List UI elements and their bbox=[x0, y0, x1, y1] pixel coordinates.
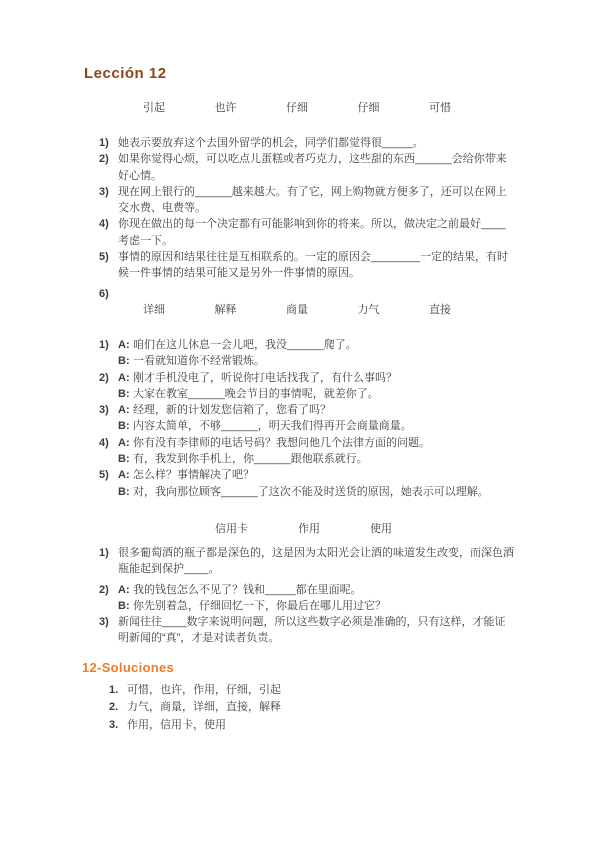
dialogue-text: 你先别着急，仔细回忆一下，你最后在哪儿用过它？ bbox=[133, 598, 515, 614]
item-number: 1. bbox=[109, 682, 127, 700]
dialogue-4: 4) A: 你有没有李律师的电话号码？我想问他几个法律方面的问题。 B: 有，我… bbox=[99, 435, 515, 468]
word-bank-1: 引起 也许 仔细 仔细 可惜 bbox=[143, 100, 451, 116]
exercise2-number-row: 6) bbox=[99, 286, 515, 302]
item-number: 4) bbox=[99, 435, 118, 468]
speaker-b-label: B: bbox=[118, 418, 133, 434]
speaker-a-label: A: bbox=[118, 435, 133, 451]
item-number: 3) bbox=[99, 184, 118, 217]
exercise1-item-2: 2) 如果你觉得心烦，可以吃点儿蛋糕或者巧克力，这些甜的东西______会给你带… bbox=[99, 151, 515, 184]
dialogue-text: 我的钱包怎么不见了？钱和_____都在里面呢。 bbox=[133, 582, 515, 598]
item-number: 2) bbox=[99, 370, 118, 403]
item-number: 5) bbox=[99, 249, 118, 282]
dialogue-line-b: B: 一看就知道你不经常锻炼。 bbox=[118, 353, 515, 369]
dialogue-line-a: A: 经理，新的计划发您信箱了，您看了吗？ bbox=[118, 402, 515, 418]
dialogue-5: 5) A: 怎么样？事情解决了吧？ B: 对，我向那位顾客______了这次不能… bbox=[99, 467, 515, 500]
item-text: 新闻往往____数字来说明问题，所以这些数字必须是准确的，只有这样，才能证明新闻… bbox=[118, 614, 515, 647]
item-number: 6) bbox=[99, 286, 118, 302]
dialogue-text: 刚才手机没电了，听说你打电话找我了，有什么事吗？ bbox=[133, 370, 515, 386]
word-bank-3: 信用卡 作用 使用 bbox=[215, 521, 392, 537]
item-text: 如果你觉得心烦，可以吃点儿蛋糕或者巧克力，这些甜的东西______会给你带来好心… bbox=[118, 151, 515, 184]
word-bank-2-word-5: 直接 bbox=[429, 302, 451, 318]
item-text: 现在网上银行的______越来越大。有了它，网上购物就方便多了，还可以在网上交水… bbox=[118, 184, 515, 217]
exercise1-item-4: 4) 你现在做出的每一个决定都有可能影响到你的将来。所以，做决定之前最好____… bbox=[99, 216, 515, 249]
item-number: 5) bbox=[99, 467, 118, 500]
solution-text: 作用，信用卡，使用 bbox=[127, 717, 515, 735]
item-number: 3. bbox=[109, 717, 127, 735]
speaker-b-label: B: bbox=[118, 353, 133, 369]
solution-text: 力气，商量，详细，直接，解释 bbox=[127, 699, 515, 717]
dialogue-1: 1) A: 咱们在这儿休息一会儿吧，我没______爬了。 B: 一看就知道你不… bbox=[99, 337, 515, 370]
dialogue-line-a: A: 你有没有李律师的电话号码？我想问他几个法律方面的问题。 bbox=[118, 435, 515, 451]
word-bank-2-word-2: 解释 bbox=[215, 302, 237, 318]
item-number: 1) bbox=[99, 545, 118, 578]
dialogue-2: 2) A: 刚才手机没电了，听说你打电话找我了，有什么事吗？ B: 大家在教室_… bbox=[99, 370, 515, 403]
exercise1-item-5: 5) 事情的原因和结果往往是互相联系的。一定的原因会________一定的结果，… bbox=[99, 249, 515, 282]
solution-text: 可惜，也许，作用，仔细，引起 bbox=[127, 682, 515, 700]
dialogue-line-b: B: 大家在教室______晚会节目的事情呢，就差你了。 bbox=[118, 386, 515, 402]
word-bank-1-word-5: 可惜 bbox=[429, 100, 451, 116]
dialogue-text: 一看就知道你不经常锻炼。 bbox=[133, 353, 515, 369]
item-number: 1) bbox=[99, 135, 118, 151]
item-number: 2. bbox=[109, 699, 127, 717]
exercise1-item-3: 3) 现在网上银行的______越来越大。有了它，网上购物就方便多了，还可以在网… bbox=[99, 184, 515, 217]
dialogue-line-a: A: 怎么样？事情解决了吧？ bbox=[118, 467, 515, 483]
speaker-a-label: A: bbox=[118, 582, 133, 598]
word-bank-2-word-1: 详细 bbox=[143, 302, 165, 318]
speaker-a-label: A: bbox=[118, 370, 133, 386]
item-text: 很多葡萄酒的瓶子都是深色的，这是因为太阳光会让酒的味道发生改变，而深色酒瓶能起到… bbox=[118, 545, 515, 578]
item-text: 她表示要放弃这个去国外留学的机会，同学们都觉得很_____。 bbox=[118, 135, 515, 151]
dialogue-text: 大家在教室______晚会节目的事情呢，就差你了。 bbox=[133, 386, 515, 402]
solutions-item-1: 1. 可惜，也许，作用，仔细，引起 bbox=[109, 682, 515, 700]
word-bank-2-word-4: 力气 bbox=[358, 302, 380, 318]
item-number: 4) bbox=[99, 216, 118, 249]
item-number: 3) bbox=[99, 402, 118, 435]
dialogue-text: 你有没有李律师的电话号码？我想问他几个法律方面的问题。 bbox=[133, 435, 515, 451]
dialogue-line-b: B: 内容太简单，不够______，明天我们得再开会商量商量。 bbox=[118, 418, 515, 434]
solutions-item-2: 2. 力气，商量，详细，直接，解释 bbox=[109, 699, 515, 717]
dialogue-line-a: A: 刚才手机没电了，听说你打电话找我了，有什么事吗？ bbox=[118, 370, 515, 386]
speaker-a-label: A: bbox=[118, 467, 133, 483]
dialogue-text: 经理，新的计划发您信箱了，您看了吗？ bbox=[133, 402, 515, 418]
exercise3-item-3: 3) 新闻往往____数字来说明问题，所以这些数字必须是准确的，只有这样，才能证… bbox=[99, 614, 515, 647]
speaker-a-label: A: bbox=[118, 402, 133, 418]
exercise1-item-1: 1) 她表示要放弃这个去国外留学的机会，同学们都觉得很_____。 bbox=[99, 135, 515, 151]
item-number: 1) bbox=[99, 337, 118, 370]
dialogue-text: 怎么样？事情解决了吧？ bbox=[133, 467, 515, 483]
dialogue-line-b: B: 对，我向那位顾客______了这次不能及时送货的原因，她表示可以理解。 bbox=[118, 484, 515, 500]
item-number: 2) bbox=[99, 151, 118, 184]
dialogue-text: 咱们在这儿休息一会儿吧，我没______爬了。 bbox=[133, 337, 515, 353]
lesson-title: Lección 12 bbox=[84, 64, 515, 84]
dialogue-line-a: A: 咱们在这儿休息一会儿吧，我没______爬了。 bbox=[118, 337, 515, 353]
word-bank-1-word-1: 引起 bbox=[143, 100, 165, 116]
item-text: 事情的原因和结果往往是互相联系的。一定的原因会________一定的结果，有时候… bbox=[118, 249, 515, 282]
solutions-heading: 12-Soluciones bbox=[82, 659, 515, 676]
exercise3-item-1: 1) 很多葡萄酒的瓶子都是深色的，这是因为太阳光会让酒的味道发生改变，而深色酒瓶… bbox=[99, 545, 515, 578]
speaker-a-label: A: bbox=[118, 337, 133, 353]
word-bank-1-word-4: 仔细 bbox=[358, 100, 380, 116]
word-bank-3-word-1: 信用卡 bbox=[215, 521, 248, 537]
dialogue-3: 3) A: 经理，新的计划发您信箱了，您看了吗？ B: 内容太简单，不够____… bbox=[99, 402, 515, 435]
dialogue-line-b: B: 有，我发到你手机上，你______跟他联系就行。 bbox=[118, 451, 515, 467]
speaker-b-label: B: bbox=[118, 451, 133, 467]
word-bank-3-word-2: 作用 bbox=[298, 521, 320, 537]
worksheet-page: Lección 12 引起 也许 仔细 仔细 可惜 1) 她表示要放弃这个去国外… bbox=[0, 0, 599, 848]
speaker-b-label: B: bbox=[118, 484, 133, 500]
dialogue-line-b: B: 你先别着急，仔细回忆一下，你最后在哪儿用过它？ bbox=[118, 598, 515, 614]
dialogue-line-a: A: 我的钱包怎么不见了？钱和_____都在里面呢。 bbox=[118, 582, 515, 598]
exercise3-item-2: 2) A: 我的钱包怎么不见了？钱和_____都在里面呢。 B: 你先别着急，仔… bbox=[99, 582, 515, 615]
word-bank-3-word-3: 使用 bbox=[370, 521, 392, 537]
item-number: 3) bbox=[99, 614, 118, 647]
word-bank-2: 详细 解释 商量 力气 直接 bbox=[143, 302, 451, 318]
item-text: 你现在做出的每一个决定都有可能影响到你的将来。所以，做决定之前最好____考虑一… bbox=[118, 216, 515, 249]
item-number: 2) bbox=[99, 582, 118, 615]
dialogue-text: 内容太简单，不够______，明天我们得再开会商量商量。 bbox=[133, 418, 515, 434]
word-bank-1-word-2: 也许 bbox=[215, 100, 237, 116]
dialogue-text: 有，我发到你手机上，你______跟他联系就行。 bbox=[133, 451, 515, 467]
speaker-b-label: B: bbox=[118, 386, 133, 402]
dialogue-text: 对，我向那位顾客______了这次不能及时送货的原因，她表示可以理解。 bbox=[133, 484, 515, 500]
solutions-item-3: 3. 作用，信用卡，使用 bbox=[109, 717, 515, 735]
word-bank-2-word-3: 商量 bbox=[286, 302, 308, 318]
word-bank-1-word-3: 仔细 bbox=[286, 100, 308, 116]
speaker-b-label: B: bbox=[118, 598, 133, 614]
